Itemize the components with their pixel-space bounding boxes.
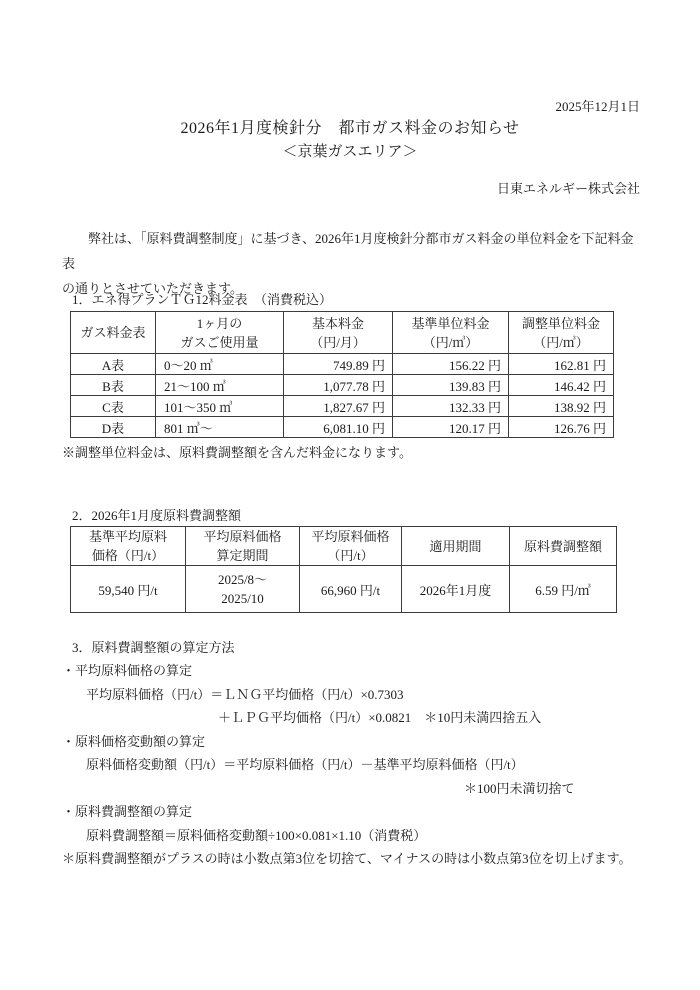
intro-line-1: 弊社は、「原料費調整制度」に基づき、2026年1月度検針分都市ガス料金の単位料金… [62, 226, 644, 276]
adjustment-table-header-row: 基準平均原料価格（円/t） 平均原料価格算定期間 平均原料価格（円/t） 適用期… [71, 527, 617, 566]
section3-heading: 3．原料費調整額の算定方法 [72, 637, 235, 656]
table-cell: B表 [71, 375, 156, 396]
table-cell: 1,077.78 円 [284, 375, 393, 396]
table-cell: 6.59 円/㎥ [510, 566, 617, 613]
section1-heading: 1．エネ得プランＴＧ12料金表 （消費税込） [72, 289, 332, 308]
table-cell: 2025/8～2025/10 [186, 566, 300, 613]
gas-rate-notice-document: 2025年12月1日 2026年1月度検針分 都市ガス料金のお知らせ ＜京葉ガス… [0, 0, 700, 990]
table-cell: 59,540 円/t [71, 566, 186, 613]
header-adjustment-amount: 原料費調整額 [510, 527, 617, 566]
adjustment-table-data-row: 59,540 円/t 2025/8～2025/10 66,960 円/t 202… [71, 566, 617, 613]
formula-line: ・原料費調整額の算定 [62, 800, 652, 824]
table-cell: 146.42 円 [509, 375, 614, 396]
table-cell: 139.83 円 [393, 375, 509, 396]
rate-table-tg12: ガス料金表 1ヶ月のガスご使用量 基本料金（円/月） 基準単位料金（円/㎥） 調… [70, 311, 614, 438]
company-name: 日東エネルギー株式会社 [497, 178, 640, 197]
table-cell: 21～100 ㎥ [156, 375, 284, 396]
header-standard-unit-rate: 基準単位料金（円/㎥） [393, 312, 509, 354]
table-cell: C表 [71, 396, 156, 417]
table-cell: 101～350 ㎥ [156, 396, 284, 417]
table-cell: D表 [71, 417, 156, 438]
calculation-method-block: ・平均原料価格の算定 平均原料価格（円/t）＝ＬＮＧ平均価格（円/t）×0.73… [62, 659, 652, 871]
header-monthly-usage: 1ヶ月のガスご使用量 [156, 312, 284, 354]
header-gas-rate-table: ガス料金表 [71, 312, 156, 354]
formula-line: ・原料価格変動額の算定 [62, 730, 652, 754]
header-avg-price: 平均原料価格（円/t） [300, 527, 402, 566]
table-cell: 132.33 円 [393, 396, 509, 417]
table-cell: 120.17 円 [393, 417, 509, 438]
adjustment-amount-table: 基準平均原料価格（円/t） 平均原料価格算定期間 平均原料価格（円/t） 適用期… [70, 526, 617, 613]
table-cell: 126.76 円 [509, 417, 614, 438]
formula-line: ＊100円未満切捨て [464, 777, 652, 801]
rate-table-row-c: C表 101～350 ㎥ 1,827.67 円 132.33 円 138.92 … [71, 396, 614, 417]
table-cell: 156.22 円 [393, 354, 509, 375]
formula-line: 原料価格変動額（円/t）＝平均原料価格（円/t）－基準平均原料価格（円/t） [86, 753, 652, 777]
adjusted-rate-note: ※調整単位料金は、原料費調整額を含んだ料金になります。 [62, 442, 412, 461]
formula-line: ・平均原料価格の算定 [62, 659, 652, 683]
header-base-charge: 基本料金（円/月） [284, 312, 393, 354]
rate-table-row-a: A表 0～20 ㎥ 749.89 円 156.22 円 162.81 円 [71, 354, 614, 375]
formula-line: 原料費調整額＝原料価格変動額÷100×0.081×1.10（消費税） [86, 824, 652, 848]
section2-heading: 2．2026年1月度原料費調整額 [72, 505, 241, 524]
rate-table-row-b: B表 21～100 ㎥ 1,077.78 円 139.83 円 146.42 円 [71, 375, 614, 396]
header-standard-avg-price: 基準平均原料価格（円/t） [71, 527, 186, 566]
area-subtitle: ＜京葉ガスエリア＞ [0, 140, 700, 161]
table-cell: 138.92 円 [509, 396, 614, 417]
header-adjusted-unit-rate: 調整単位料金（円/㎥） [509, 312, 614, 354]
table-cell: 162.81 円 [509, 354, 614, 375]
table-cell: 0～20 ㎥ [156, 354, 284, 375]
rate-table-header-row: ガス料金表 1ヶ月のガスご使用量 基本料金（円/月） 基準単位料金（円/㎥） 調… [71, 312, 614, 354]
formula-line: 平均原料価格（円/t）＝ＬＮＧ平均価格（円/t）×0.7303 [86, 683, 652, 707]
document-title: 2026年1月度検針分 都市ガス料金のお知らせ [0, 115, 700, 138]
table-cell: 2026年1月度 [402, 566, 510, 613]
table-cell: 749.89 円 [284, 354, 393, 375]
formula-line: ＊原料費調整額がプラスの時は小数点第3位を切捨て、マイナスの時は小数点第3位を切… [62, 847, 652, 871]
table-cell: A表 [71, 354, 156, 375]
table-cell: 66,960 円/t [300, 566, 402, 613]
table-cell: 6,081.10 円 [284, 417, 393, 438]
header-applicable-period: 適用期間 [402, 527, 510, 566]
formula-line: ＋ＬＰＧ平均価格（円/t）×0.0821 ＊10円未満四捨五入 [218, 706, 652, 730]
table-cell: 801 ㎥～ [156, 417, 284, 438]
rate-table-row-d: D表 801 ㎥～ 6,081.10 円 120.17 円 126.76 円 [71, 417, 614, 438]
header-avg-price-period: 平均原料価格算定期間 [186, 527, 300, 566]
table-cell: 1,827.67 円 [284, 396, 393, 417]
document-date: 2025年12月1日 [555, 96, 640, 115]
